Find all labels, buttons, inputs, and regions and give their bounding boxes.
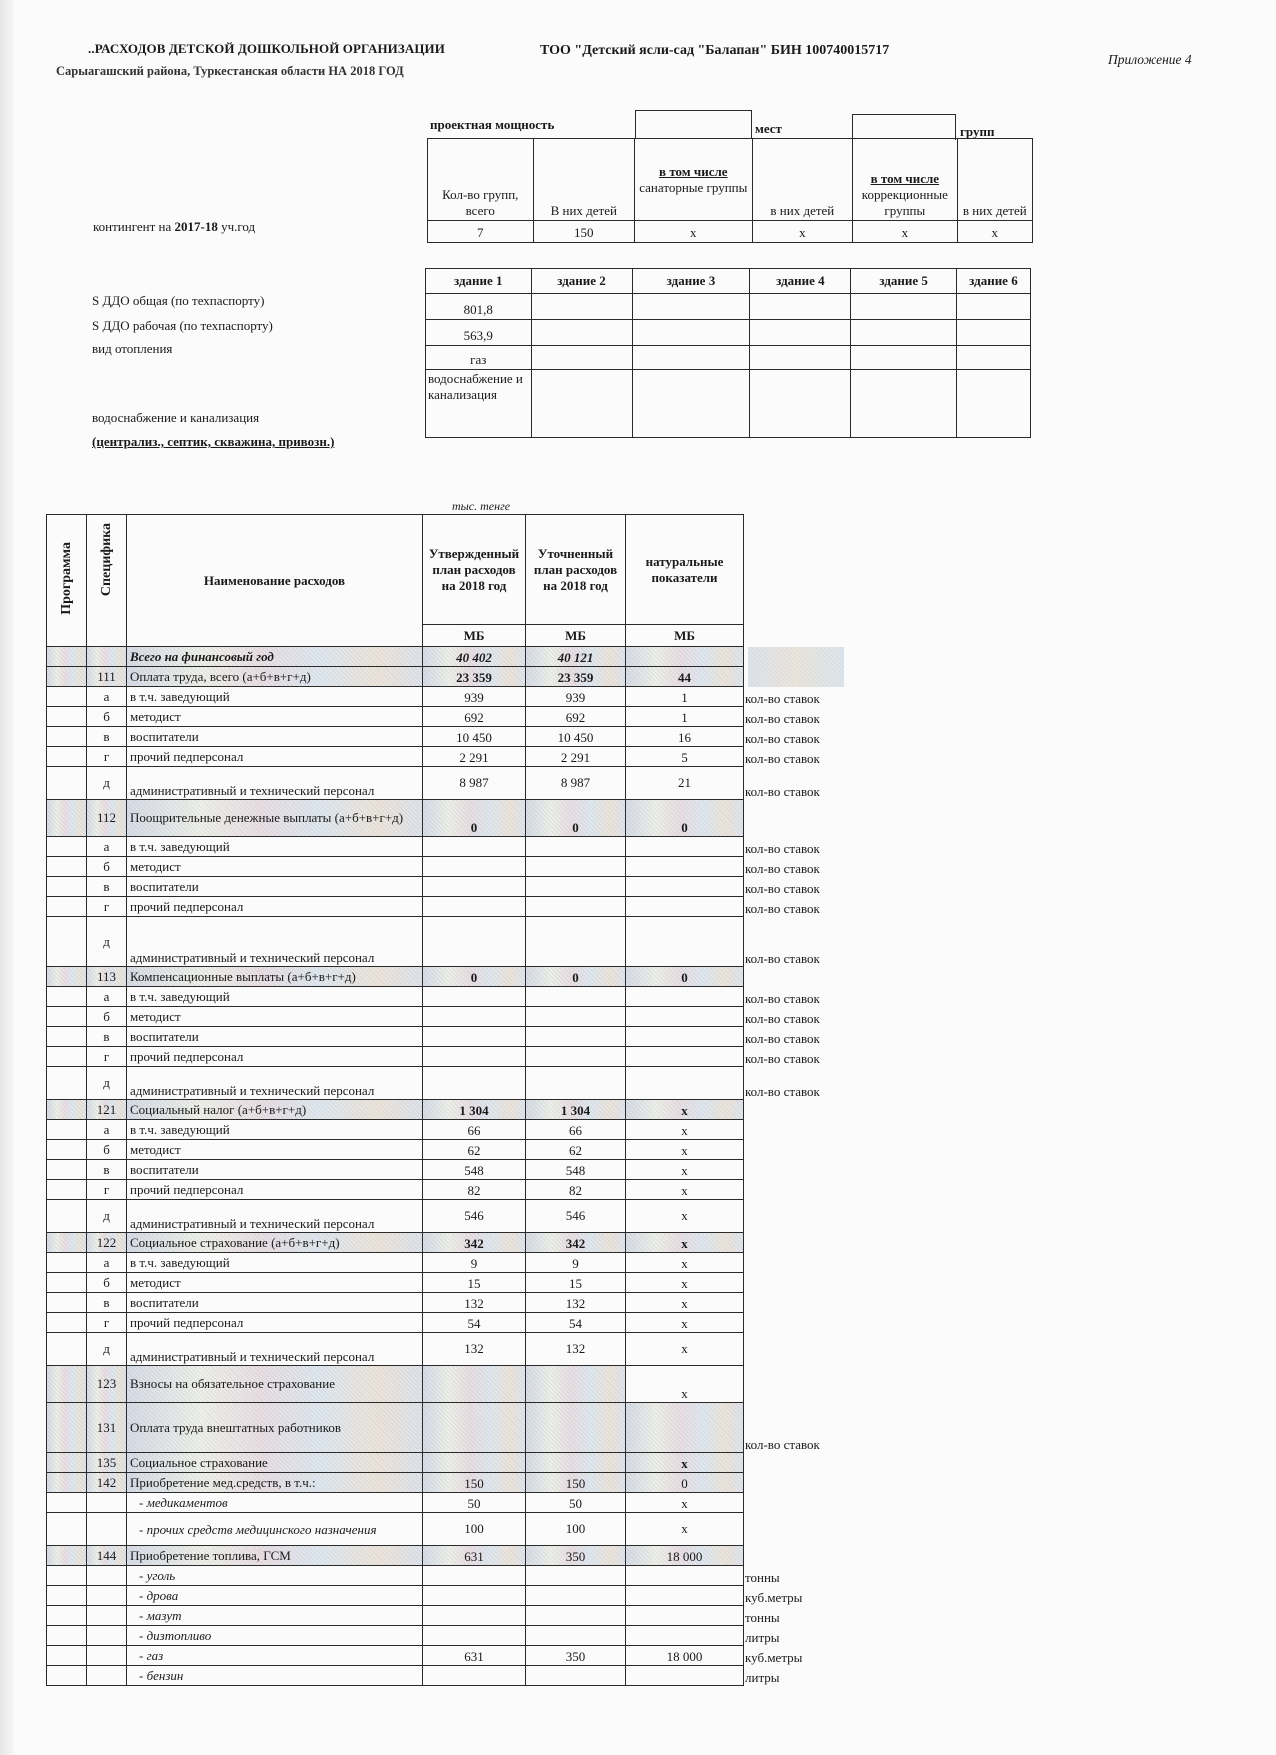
revised-value: 50 xyxy=(526,1493,626,1513)
expense-name: прочий педперсонал xyxy=(127,747,423,767)
capacity-value: 7 xyxy=(428,221,534,243)
buildings-table: здание 1здание 2здание 3здание 4здание 5… xyxy=(425,268,1031,438)
capacity-table: Кол-во групп, всего В них детей в том чи… xyxy=(427,138,1033,243)
building-header-3: здание 3 xyxy=(632,269,750,294)
natural-value: x xyxy=(626,1293,744,1313)
program-cell xyxy=(47,727,87,747)
capacity-value: x xyxy=(957,221,1032,243)
revised-value: 132 xyxy=(526,1333,626,1366)
expense-row: - дрова xyxy=(47,1586,744,1606)
building-cell xyxy=(750,294,851,320)
expense-name: Социальное страхование (а+б+в+г+д) xyxy=(127,1233,423,1253)
approved-value: 692 xyxy=(423,707,526,727)
specifics-code: а xyxy=(87,837,127,857)
capacity-value: 150 xyxy=(533,221,635,243)
program-cell xyxy=(47,1160,87,1180)
specifics-code: 112 xyxy=(87,800,127,837)
expense-name: в т.ч. заведующий xyxy=(127,987,423,1007)
revised-value xyxy=(526,1027,626,1047)
building-cell xyxy=(632,370,750,438)
building-cell xyxy=(632,346,750,370)
expense-name: Взносы на обязательное страхование xyxy=(127,1366,423,1403)
capacity-header-cell: в них детей xyxy=(957,139,1032,221)
expense-row: - уголь xyxy=(47,1566,744,1586)
program-cell xyxy=(47,1626,87,1646)
natural-value: x xyxy=(626,1160,744,1180)
header-revised: Уточненный план расходов на 2018 год xyxy=(526,515,626,625)
specifics-code: д xyxy=(87,917,127,967)
header-name: Наименование расходов xyxy=(127,515,423,647)
revised-value: 939 xyxy=(526,687,626,707)
approved-value: 548 xyxy=(423,1160,526,1180)
expense-row: бметодист1515x xyxy=(47,1273,744,1293)
program-cell xyxy=(47,917,87,967)
approved-value xyxy=(423,1027,526,1047)
approved-value: 150 xyxy=(423,1473,526,1493)
expense-row: 123Взносы на обязательное страхованиеx xyxy=(47,1366,744,1403)
expense-row: ввоспитатели132132x xyxy=(47,1293,744,1313)
unit-label: тонны xyxy=(745,1570,780,1586)
expense-row: ав т.ч. заведующий99x xyxy=(47,1253,744,1273)
specifics-code xyxy=(87,1513,127,1546)
approved-value xyxy=(423,1453,526,1473)
program-cell xyxy=(47,1200,87,1233)
header-natural: натуральные показатели xyxy=(626,515,744,625)
unit-label: кол-во ставок xyxy=(745,691,820,707)
expense-row: дадминистративный и технический персонал… xyxy=(47,767,744,800)
building-cell xyxy=(851,320,957,346)
expense-row: - дизтопливо xyxy=(47,1626,744,1646)
expense-name: Социальное страхование xyxy=(127,1453,423,1473)
approved-value: 546 xyxy=(423,1200,526,1233)
building-cell xyxy=(531,320,632,346)
natural-value xyxy=(626,877,744,897)
unit-label: кол-во ставок xyxy=(745,991,820,1007)
revised-value xyxy=(526,1366,626,1403)
approved-value: 9 xyxy=(423,1253,526,1273)
capacity-header-cell: в них детей xyxy=(752,139,852,221)
expense-row: 121Социальный налог (а+б+в+г+д)1 3041 30… xyxy=(47,1100,744,1120)
natural-value xyxy=(626,1067,744,1100)
specifics-code: 123 xyxy=(87,1366,127,1403)
expense-row: гпрочий педперсонал xyxy=(47,897,744,917)
expenses-header-row: Программа Специфика Наименование расходо… xyxy=(47,515,744,625)
approved-value: 0 xyxy=(423,967,526,987)
specifics-code: 121 xyxy=(87,1100,127,1120)
expense-name: Социальный налог (а+б+в+г+д) xyxy=(127,1100,423,1120)
natural-value: 21 xyxy=(626,767,744,800)
program-cell xyxy=(47,1586,87,1606)
program-cell xyxy=(47,800,87,837)
expense-name: административный и технический персонал xyxy=(127,1200,423,1233)
expense-name: - мазут xyxy=(127,1606,423,1626)
organization-name: ТОО "Детский ясли-сад "Балапан" БИН 1007… xyxy=(540,43,889,59)
capacity-header-text: в них детей xyxy=(963,203,1027,218)
natural-value: x xyxy=(626,1253,744,1273)
building-cell xyxy=(632,294,750,320)
specifics-code: в xyxy=(87,877,127,897)
specifics-code: г xyxy=(87,1180,127,1200)
expense-row: - бензин xyxy=(47,1666,744,1686)
unit-label: куб.метры xyxy=(745,1650,802,1666)
specifics-code xyxy=(87,1566,127,1586)
expense-name: административный и технический персонал xyxy=(127,767,423,800)
natural-value xyxy=(626,1566,744,1586)
expense-row: гпрочий педперсонал5454x xyxy=(47,1313,744,1333)
program-cell xyxy=(47,1403,87,1453)
revised-value: 350 xyxy=(526,1646,626,1666)
approved-value: 10 450 xyxy=(423,727,526,747)
building-header-5: здание 5 xyxy=(851,269,957,294)
revised-value xyxy=(526,1403,626,1453)
program-cell xyxy=(47,1233,87,1253)
revised-value xyxy=(526,857,626,877)
program-cell xyxy=(47,1453,87,1473)
expense-name: Поощрительные денежные выплаты (а+б+в+г+… xyxy=(127,800,423,837)
revised-value xyxy=(526,1067,626,1100)
capacity-header-cell: В них детей xyxy=(533,139,635,221)
approved-value xyxy=(423,1007,526,1027)
specifics-code: д xyxy=(87,1200,127,1233)
expense-row: 122Социальное страхование (а+б+в+г+д)342… xyxy=(47,1233,744,1253)
approved-value xyxy=(423,1067,526,1100)
expense-row: дадминистративный и технический персонал xyxy=(47,1067,744,1100)
approved-value: 54 xyxy=(423,1313,526,1333)
expense-row: ав т.ч. заведующий xyxy=(47,837,744,857)
program-cell xyxy=(47,1546,87,1566)
buildings-header-row: здание 1здание 2здание 3здание 4здание 5… xyxy=(426,269,1031,294)
capacity-header-cell: в том числекоррекционные группы xyxy=(853,139,958,221)
expense-row: Всего на финансовый год40 40240 121 xyxy=(47,647,744,667)
approved-value xyxy=(423,1566,526,1586)
header-program-text: Программа xyxy=(59,542,75,615)
capacity-header-row: Кол-во групп, всего В них детей в том чи… xyxy=(428,139,1033,221)
revised-value: 692 xyxy=(526,707,626,727)
expense-row: ав т.ч. заведующий9399391 xyxy=(47,687,744,707)
expense-row: 142Приобретение мед.средств, в т.ч.:1501… xyxy=(47,1473,744,1493)
scan-page-edge xyxy=(0,0,14,1755)
contingent-label: контингент на 2017-18 уч.год xyxy=(93,219,255,235)
natural-value: x xyxy=(626,1366,744,1403)
natural-value xyxy=(626,647,744,667)
expense-name: прочий педперсонал xyxy=(127,1180,423,1200)
building-cell xyxy=(750,346,851,370)
unit-label: кол-во ставок xyxy=(745,1051,820,1067)
building-cell xyxy=(531,370,632,438)
expense-name: методист xyxy=(127,857,423,877)
expense-name: в т.ч. заведующий xyxy=(127,687,423,707)
header-program: Программа xyxy=(47,515,87,647)
program-cell xyxy=(47,747,87,767)
total-area-label: S ДДО общая (по техпаспорту) xyxy=(92,293,264,309)
expense-row: дадминистративный и технический персонал… xyxy=(47,1200,744,1233)
approved-value xyxy=(423,987,526,1007)
specifics-code: 113 xyxy=(87,967,127,987)
approved-value: 50 xyxy=(423,1493,526,1513)
unit-label: кол-во ставок xyxy=(745,751,820,767)
capacity-header-text: В них детей xyxy=(551,203,617,218)
expense-row: ввоспитатели xyxy=(47,877,744,897)
building-cell: 563,9 xyxy=(426,320,532,346)
revised-value: 2 291 xyxy=(526,747,626,767)
program-cell xyxy=(47,687,87,707)
expense-name: - газ xyxy=(127,1646,423,1666)
unit-label: кол-во ставок xyxy=(745,784,820,800)
specifics-code: б xyxy=(87,1273,127,1293)
heating-type-label: вид отопления xyxy=(92,341,172,357)
natural-value: x xyxy=(626,1333,744,1366)
program-cell xyxy=(47,1366,87,1403)
approved-value: 8 987 xyxy=(423,767,526,800)
expense-name: методист xyxy=(127,1140,423,1160)
expense-name: - дрова xyxy=(127,1586,423,1606)
unit-label: кол-во ставок xyxy=(745,1011,820,1027)
source-natural: МБ xyxy=(626,625,744,647)
revised-value xyxy=(526,1606,626,1626)
expense-name: в т.ч. заведующий xyxy=(127,1120,423,1140)
program-cell xyxy=(47,877,87,897)
expense-name: методист xyxy=(127,707,423,727)
approved-value xyxy=(423,1047,526,1067)
program-cell xyxy=(47,667,87,687)
natural-value xyxy=(626,1027,744,1047)
capacity-header-emph: в том числе xyxy=(855,171,955,187)
capacity-header-cell: в том числесанаторные группы xyxy=(635,139,753,221)
revised-value xyxy=(526,1007,626,1027)
expense-name: воспитатели xyxy=(127,1293,423,1313)
natural-value: x xyxy=(626,1273,744,1293)
building-cell xyxy=(956,320,1030,346)
unit-label: кол-во ставок xyxy=(745,901,820,917)
revised-value xyxy=(526,1666,626,1686)
expense-name: Всего на финансовый год xyxy=(127,647,423,667)
program-cell xyxy=(47,1493,87,1513)
source-revised: МБ xyxy=(526,625,626,647)
unit-label: кол-во ставок xyxy=(745,861,820,877)
revised-value xyxy=(526,987,626,1007)
expense-row: бметодист6926921 xyxy=(47,707,744,727)
specifics-code: в xyxy=(87,1293,127,1313)
specifics-code xyxy=(87,1626,127,1646)
revised-value: 548 xyxy=(526,1160,626,1180)
expense-row: - газ63135018 000 xyxy=(47,1646,744,1666)
header-specifics: Специфика xyxy=(87,515,127,647)
program-cell xyxy=(47,1473,87,1493)
natural-value: x xyxy=(626,1233,744,1253)
natural-value xyxy=(626,1606,744,1626)
expense-row: 111Оплата труда, всего (а+б+в+г+д)23 359… xyxy=(47,667,744,687)
expense-name: методист xyxy=(127,1273,423,1293)
building-cell xyxy=(956,294,1030,320)
approved-value xyxy=(423,1586,526,1606)
building-cell xyxy=(956,370,1030,438)
unit-label: кол-во ставок xyxy=(745,1031,820,1047)
specifics-code xyxy=(87,1606,127,1626)
natural-value: x xyxy=(626,1493,744,1513)
revised-value xyxy=(526,1586,626,1606)
specifics-code: г xyxy=(87,747,127,767)
approved-value: 23 359 xyxy=(423,667,526,687)
expense-name: - бензин xyxy=(127,1666,423,1686)
specifics-code: д xyxy=(87,767,127,800)
expense-row: 144Приобретение топлива, ГСМ63135018 000 xyxy=(47,1546,744,1566)
revised-value: 0 xyxy=(526,800,626,837)
revised-value: 66 xyxy=(526,1120,626,1140)
approved-value: 100 xyxy=(423,1513,526,1546)
buildings-row-working-area: 563,9 xyxy=(426,320,1031,346)
source-approved: МБ xyxy=(423,625,526,647)
expense-name: Компенсационные выплаты (а+б+в+г+д) xyxy=(127,967,423,987)
unit-label: кол-во ставок xyxy=(745,951,820,967)
expense-name: административный и технический персонал xyxy=(127,1067,423,1100)
building-cell: газ xyxy=(426,346,532,370)
document-title: ..РАСХОДОВ ДЕТСКОЙ ДОШКОЛЬНОЙ ОРГАНИЗАЦИ… xyxy=(88,41,445,57)
revised-value xyxy=(526,897,626,917)
specifics-code: б xyxy=(87,1140,127,1160)
building-cell xyxy=(750,370,851,438)
natural-value xyxy=(626,987,744,1007)
building-cell xyxy=(531,294,632,320)
program-cell xyxy=(47,1513,87,1546)
building-cell: 801,8 xyxy=(426,294,532,320)
natural-value xyxy=(626,1586,744,1606)
revised-value xyxy=(526,877,626,897)
revised-value: 350 xyxy=(526,1546,626,1566)
approved-value: 939 xyxy=(423,687,526,707)
natural-value xyxy=(626,1403,744,1453)
program-cell xyxy=(47,1120,87,1140)
revised-value: 10 450 xyxy=(526,727,626,747)
expense-name: - дизтопливо xyxy=(127,1626,423,1646)
specifics-code xyxy=(87,1493,127,1513)
expense-name: прочий педперсонал xyxy=(127,1313,423,1333)
expense-name: Оплата труда, всего (а+б+в+г+д) xyxy=(127,667,423,687)
program-cell xyxy=(47,1007,87,1027)
specifics-code xyxy=(87,647,127,667)
revised-value: 546 xyxy=(526,1200,626,1233)
revised-value: 9 xyxy=(526,1253,626,1273)
header-approved: Утвержденный план расходов на 2018 год xyxy=(423,515,526,625)
approved-value xyxy=(423,1366,526,1403)
revised-value: 62 xyxy=(526,1140,626,1160)
expense-row: бметодист xyxy=(47,857,744,877)
program-cell xyxy=(47,1566,87,1586)
expense-row: гпрочий педперсонал xyxy=(47,1047,744,1067)
natural-value: 16 xyxy=(626,727,744,747)
specifics-code: 142 xyxy=(87,1473,127,1493)
natural-value: x xyxy=(626,1180,744,1200)
expense-row: бметодист6262x xyxy=(47,1140,744,1160)
expense-row: гпрочий педперсонал2 2912 2915 xyxy=(47,747,744,767)
natural-value: 18 000 xyxy=(626,1546,744,1566)
natural-value: 5 xyxy=(626,747,744,767)
specifics-code: 131 xyxy=(87,1403,127,1453)
natural-value: x xyxy=(626,1513,744,1546)
revised-value: 100 xyxy=(526,1513,626,1546)
capacity-top-box-1 xyxy=(635,110,752,138)
approved-value xyxy=(423,1666,526,1686)
expense-row: бметодист xyxy=(47,1007,744,1027)
natural-value: x xyxy=(626,1100,744,1120)
natural-value xyxy=(626,1007,744,1027)
revised-value: 0 xyxy=(526,967,626,987)
program-cell xyxy=(47,1293,87,1313)
building-cell xyxy=(531,346,632,370)
unit-label: кол-во ставок xyxy=(745,731,820,747)
program-cell xyxy=(47,837,87,857)
natural-value: x xyxy=(626,1200,744,1233)
approved-value xyxy=(423,1606,526,1626)
expense-row: - прочих средств медицинского назначения… xyxy=(47,1513,744,1546)
building-header-6: здание 6 xyxy=(956,269,1030,294)
capacity-header-text: коррекционные группы xyxy=(855,187,955,219)
specifics-code: в xyxy=(87,1160,127,1180)
buildings-row-water: водоснабжение и канализация xyxy=(426,370,1031,438)
revised-value: 1 304 xyxy=(526,1100,626,1120)
expense-name: Приобретение мед.средств, в т.ч.: xyxy=(127,1473,423,1493)
unit-label: литры xyxy=(745,1670,780,1686)
capacity-label-design: проектная мощность xyxy=(430,117,554,133)
approved-value: 66 xyxy=(423,1120,526,1140)
specifics-code: а xyxy=(87,1253,127,1273)
expense-row: дадминистративный и технический персонал xyxy=(47,917,744,967)
natural-value: 18 000 xyxy=(626,1646,744,1666)
program-cell xyxy=(47,987,87,1007)
approved-value: 2 291 xyxy=(423,747,526,767)
capacity-header-text: Кол-во групп, всего xyxy=(442,187,518,218)
buildings-row-heating: газ xyxy=(426,346,1031,370)
unit-label: кол-во ставок xyxy=(745,1437,820,1453)
building-cell xyxy=(750,320,851,346)
revised-value xyxy=(526,1047,626,1067)
revised-value xyxy=(526,1626,626,1646)
expense-row: ав т.ч. заведующий xyxy=(47,987,744,1007)
specifics-code: б xyxy=(87,707,127,727)
natural-value: x xyxy=(626,1313,744,1333)
expense-name: административный и технический персонал xyxy=(127,917,423,967)
natural-value: x xyxy=(626,1120,744,1140)
natural-value xyxy=(626,1626,744,1646)
revised-value: 132 xyxy=(526,1293,626,1313)
natural-value xyxy=(626,917,744,967)
program-cell xyxy=(47,767,87,800)
water-options: (централиз., септик, скважина, привозн.) xyxy=(92,434,334,450)
natural-value: x xyxy=(626,1453,744,1473)
expense-name: - медикаментов xyxy=(127,1493,423,1513)
approved-value: 342 xyxy=(423,1233,526,1253)
appendix-label: Приложение 4 xyxy=(1108,52,1192,68)
natural-value xyxy=(626,1666,744,1686)
specifics-code: б xyxy=(87,1007,127,1027)
expense-name: воспитатели xyxy=(127,877,423,897)
revised-value: 40 121 xyxy=(526,647,626,667)
program-cell xyxy=(47,1313,87,1333)
working-area-label: S ДДО рабочая (по техпаспорту) xyxy=(92,318,273,334)
specifics-code: г xyxy=(87,1047,127,1067)
unit-label: куб.метры xyxy=(745,1590,802,1606)
approved-value: 82 xyxy=(423,1180,526,1200)
expense-row: ав т.ч. заведующий6666x xyxy=(47,1120,744,1140)
expense-name: прочий педперсонал xyxy=(127,1047,423,1067)
approved-value: 631 xyxy=(423,1546,526,1566)
natural-value xyxy=(626,1047,744,1067)
expense-row: - медикаментов5050x xyxy=(47,1493,744,1513)
approved-value: 0 xyxy=(423,800,526,837)
capacity-header-cell: Кол-во групп, всего xyxy=(428,139,534,221)
unit-label: кол-во ставок xyxy=(745,841,820,857)
program-cell xyxy=(47,1180,87,1200)
capacity-value: x xyxy=(635,221,753,243)
